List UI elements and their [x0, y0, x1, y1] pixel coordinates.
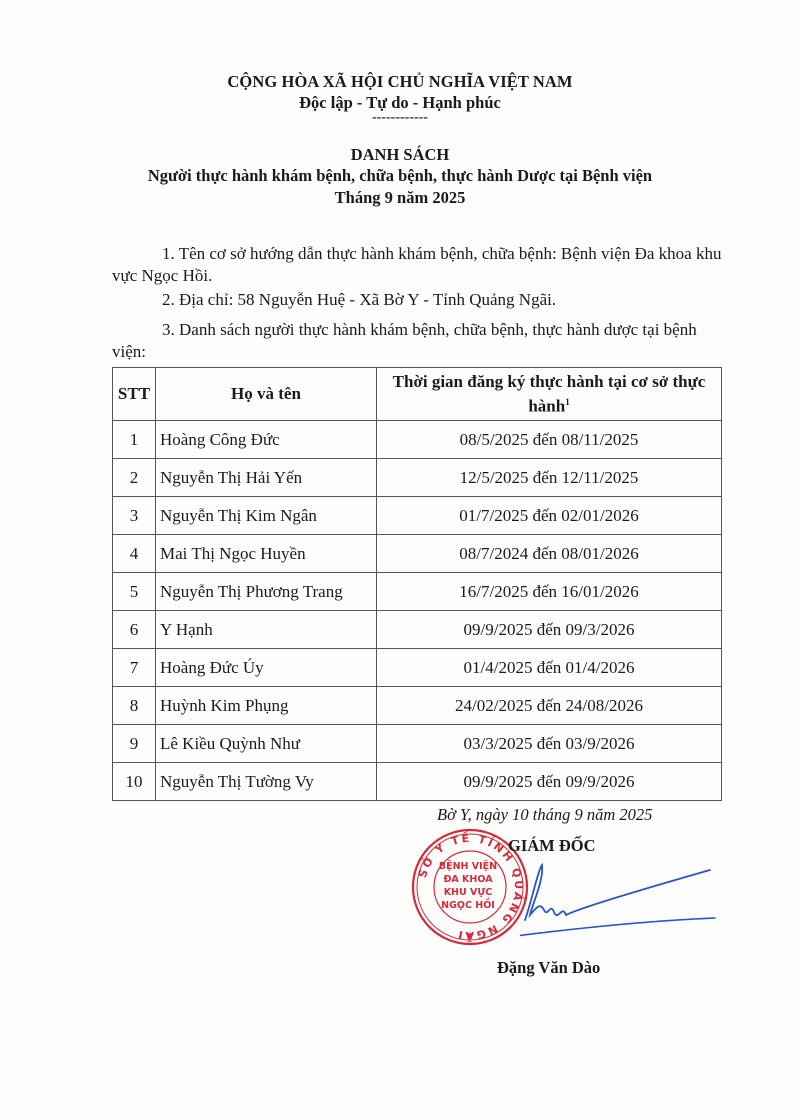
row-stt: 5 [113, 573, 156, 611]
table-row: 9Lê Kiều Quỳnh Như03/3/2025 đến 03/9/202… [113, 725, 722, 763]
item-address: 2. Địa chỉ: 58 Nguyễn Huệ - Xã Bờ Y - Tỉ… [162, 289, 556, 311]
table-row: 4Mai Thị Ngọc Huyền08/7/2024 đến 08/01/2… [113, 535, 722, 573]
row-stt: 3 [113, 497, 156, 535]
row-name: Hoàng Đức Úy [156, 649, 377, 687]
row-time: 12/5/2025 đến 12/11/2025 [377, 459, 722, 497]
row-stt: 8 [113, 687, 156, 725]
footnote-marker: 1 [565, 397, 570, 407]
row-name: Lê Kiều Quỳnh Như [156, 725, 377, 763]
row-time: 09/9/2025 đến 09/3/2026 [377, 611, 722, 649]
document-period: Tháng 9 năm 2025 [0, 188, 800, 208]
row-name: Nguyễn Thị Kim Ngân [156, 497, 377, 535]
row-name: Y Hạnh [156, 611, 377, 649]
table-row: 5Nguyễn Thị Phương Trang16/7/2025 đến 16… [113, 573, 722, 611]
row-name: Hoàng Công Đức [156, 421, 377, 459]
svg-text:★: ★ [466, 931, 475, 942]
document-page: CỘNG HÒA XÃ HỘI CHỦ NGHĨA VIỆT NAM Độc l… [0, 0, 800, 1120]
row-time: 09/9/2025 đến 09/9/2026 [377, 763, 722, 801]
row-stt: 2 [113, 459, 156, 497]
place-date: Bờ Y, ngày 10 tháng 9 năm 2025 [437, 805, 652, 825]
signer-name: Đặng Văn Dào [497, 958, 600, 978]
row-name: Nguyễn Thị Phương Trang [156, 573, 377, 611]
item-facility-name: 1. Tên cơ sở hướng dẫn thực hành khám bệ… [112, 243, 722, 287]
table-row: 2Nguyễn Thị Hải Yến12/5/2025 đến 12/11/2… [113, 459, 722, 497]
row-time: 08/5/2025 đến 08/11/2025 [377, 421, 722, 459]
row-time: 01/4/2025 đến 01/4/2026 [377, 649, 722, 687]
row-time: 01/7/2025 đến 02/01/2026 [377, 497, 722, 535]
item-list-intro: 3. Danh sách người thực hành khám bệnh, … [112, 319, 722, 363]
signer-role: GIÁM ĐỐC [508, 836, 596, 856]
row-stt: 6 [113, 611, 156, 649]
table-header-row: STT Họ và tên Thời gian đăng ký thực hàn… [113, 368, 722, 421]
table-row: 8Huỳnh Kim Phụng24/02/2025 đến 24/08/202… [113, 687, 722, 725]
row-name: Huỳnh Kim Phụng [156, 687, 377, 725]
row-stt: 4 [113, 535, 156, 573]
document-subtitle: Người thực hành khám bệnh, chữa bệnh, th… [0, 166, 800, 186]
row-stt: 1 [113, 421, 156, 459]
document-title: DANH SÁCH [0, 145, 800, 165]
header-divider: ------------ [0, 110, 800, 126]
row-time: 24/02/2025 đến 24/08/2026 [377, 687, 722, 725]
table-row: 3Nguyễn Thị Kim Ngân01/7/2025 đến 02/01/… [113, 497, 722, 535]
practitioner-table: STT Họ và tên Thời gian đăng ký thực hàn… [112, 367, 722, 801]
row-stt: 9 [113, 725, 156, 763]
header-stt: STT [113, 368, 156, 421]
table-row: 1Hoàng Công Đức08/5/2025 đến 08/11/2025 [113, 421, 722, 459]
row-name: Nguyễn Thị Tường Vy [156, 763, 377, 801]
table-row: 7Hoàng Đức Úy01/4/2025 đến 01/4/2026 [113, 649, 722, 687]
handwritten-signature-icon [520, 860, 760, 950]
header-name: Họ và tên [156, 368, 377, 421]
row-name: Nguyễn Thị Hải Yến [156, 459, 377, 497]
row-time: 16/7/2025 đến 16/01/2026 [377, 573, 722, 611]
header-time-label: Thời gian đăng ký thực hành tại cơ sở th… [393, 372, 706, 416]
row-stt: 10 [113, 763, 156, 801]
table-row: 10Nguyễn Thị Tường Vy09/9/2025 đến 09/9/… [113, 763, 722, 801]
row-name: Mai Thị Ngọc Huyền [156, 535, 377, 573]
stamp-inner-text: BỆNH VIỆN ĐA KHOA KHU VỰC NGỌC HỒI [410, 860, 526, 912]
table-row: 6Y Hạnh09/9/2025 đến 09/3/2026 [113, 611, 722, 649]
national-title: CỘNG HÒA XÃ HỘI CHỦ NGHĨA VIỆT NAM [0, 72, 800, 92]
row-time: 08/7/2024 đến 08/01/2026 [377, 535, 722, 573]
row-stt: 7 [113, 649, 156, 687]
row-time: 03/3/2025 đến 03/9/2026 [377, 725, 722, 763]
table-body: 1Hoàng Công Đức08/5/2025 đến 08/11/20252… [113, 421, 722, 801]
header-time: Thời gian đăng ký thực hành tại cơ sở th… [377, 368, 722, 421]
